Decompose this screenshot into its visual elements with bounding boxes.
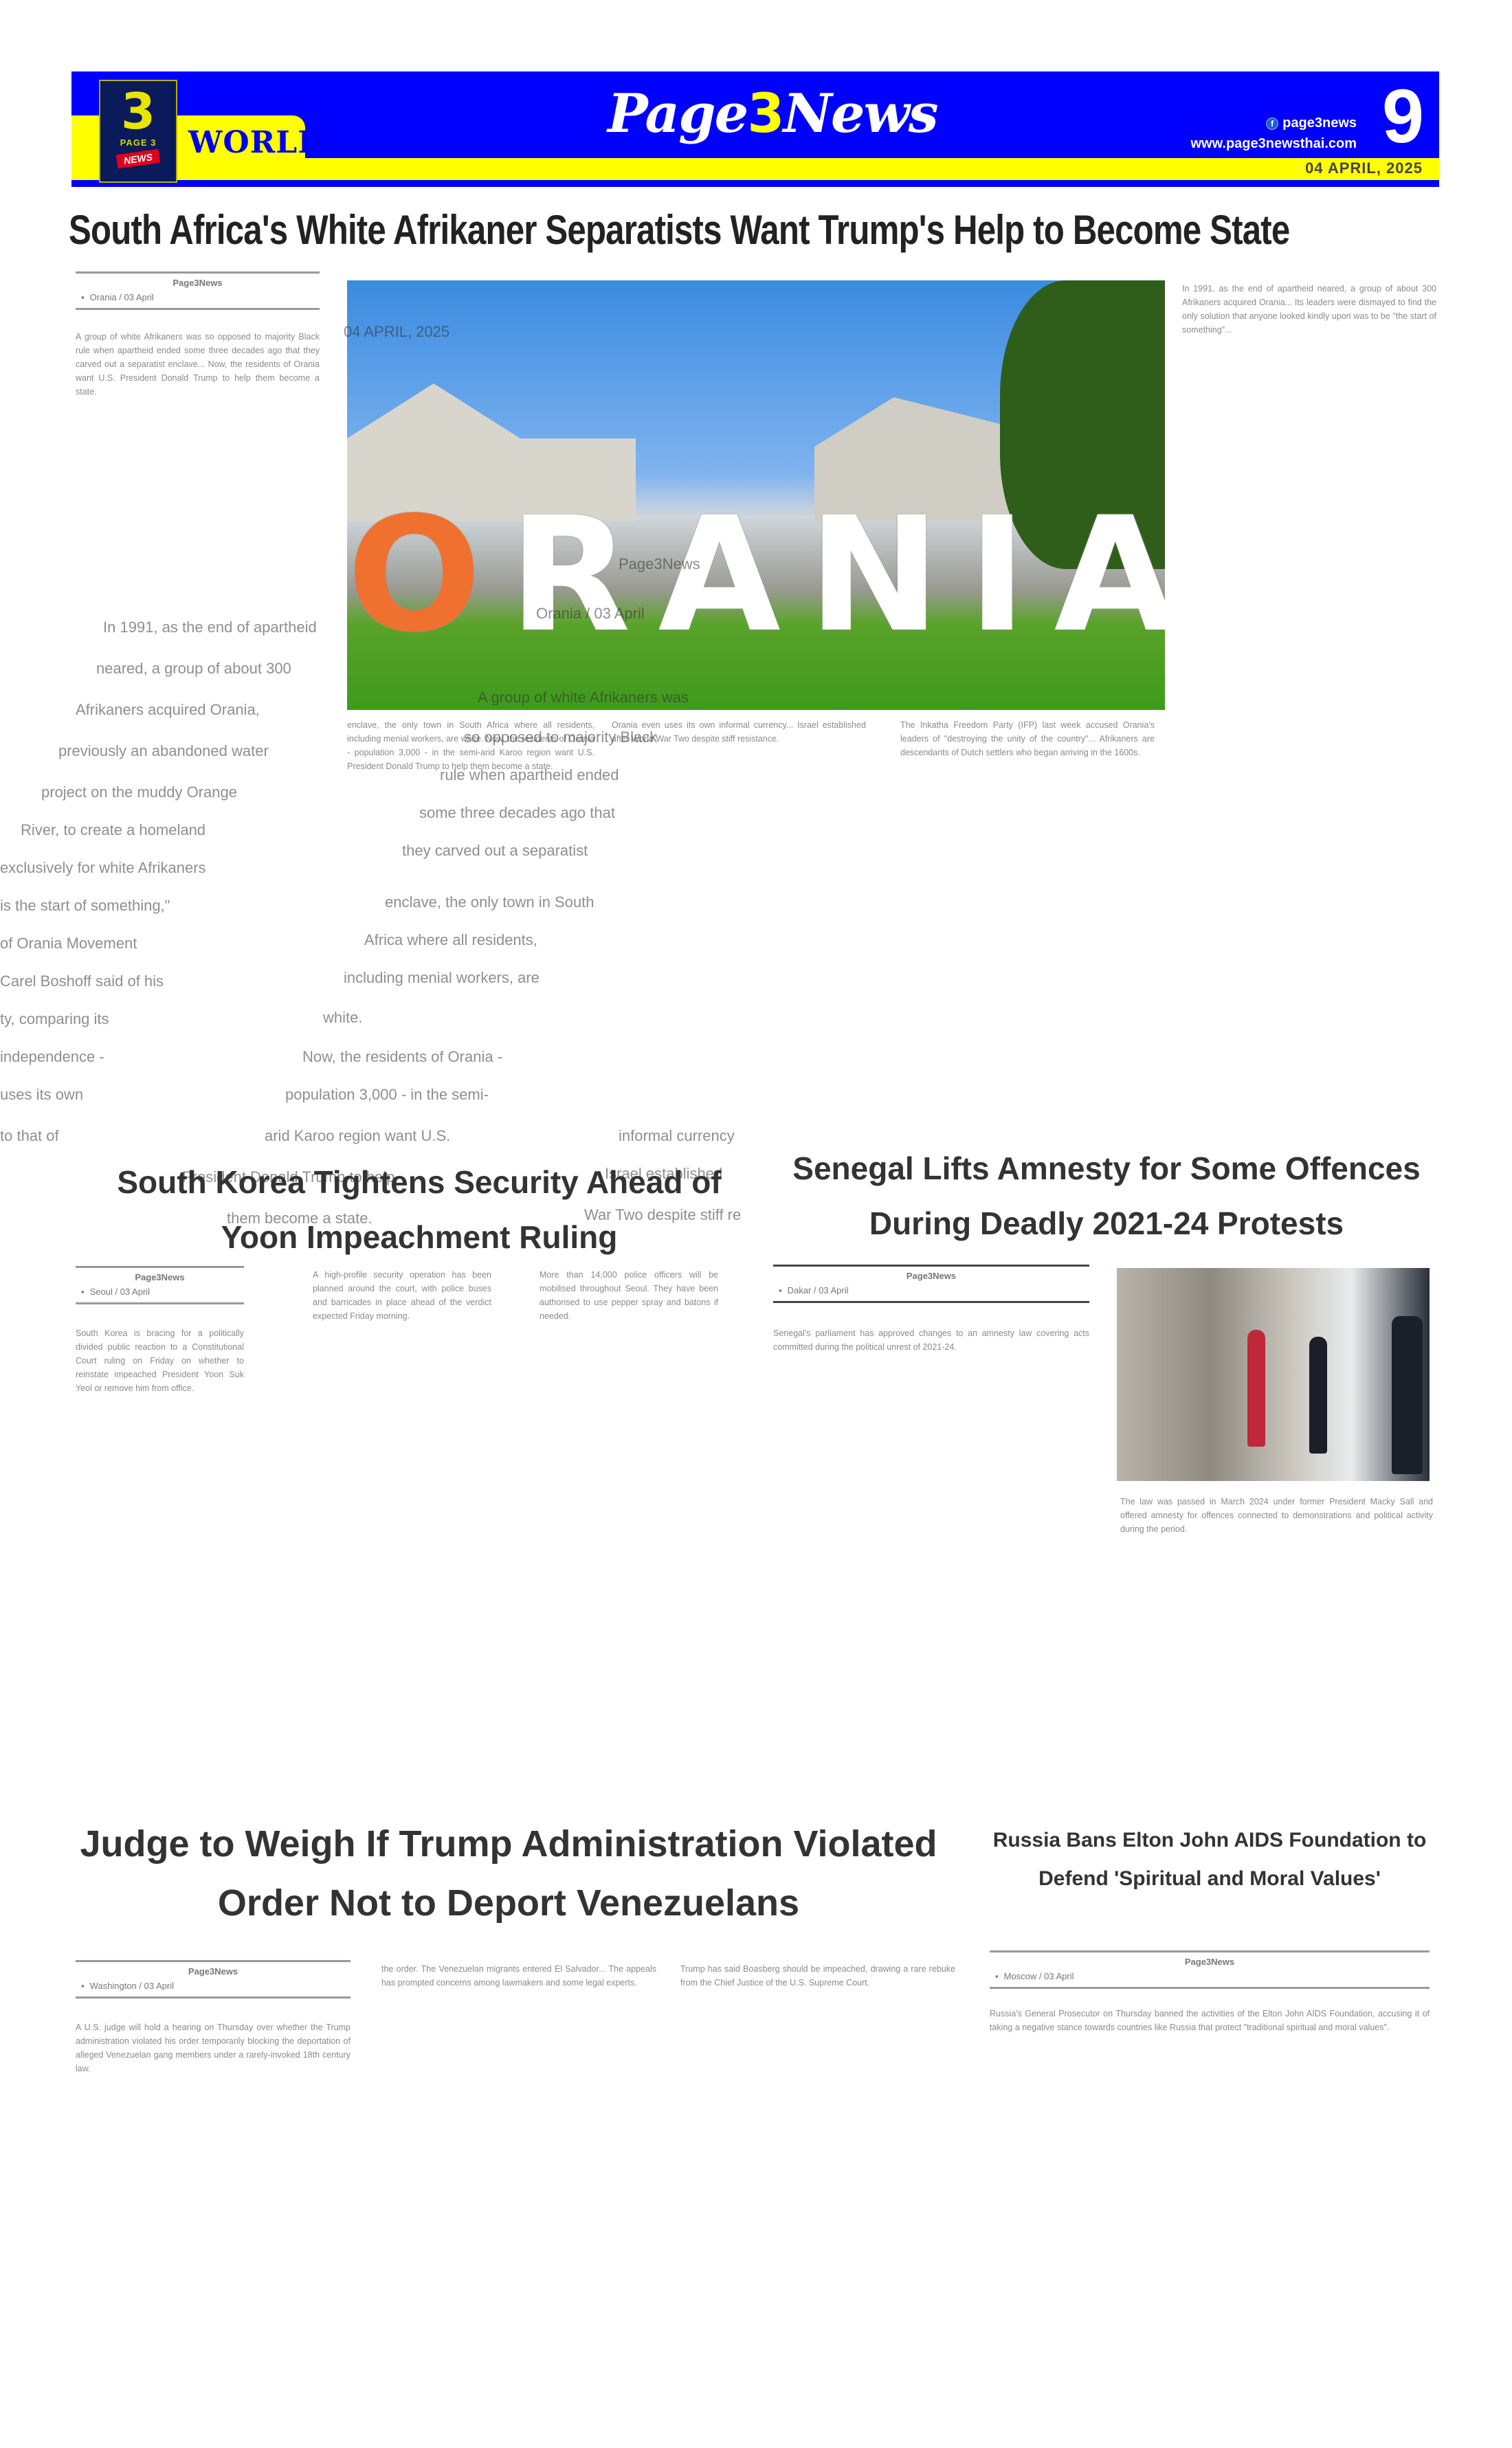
masthead-yellow-bar: [71, 158, 1439, 180]
ghost-line: River, to create a homeland: [21, 821, 205, 839]
facebook-handle: page3news: [1282, 115, 1357, 131]
byline-senegal: Page3News Dakar / 03 April: [773, 1265, 1089, 1303]
ghost-line: Now, the residents of Orania -: [302, 1048, 502, 1066]
ghost-line: independence -: [0, 1048, 104, 1066]
senegal-column-1: Senegal's parliament has approved change…: [773, 1326, 1089, 1780]
ghost-line: uses its own: [0, 1086, 83, 1104]
facebook-link[interactable]: fpage3news: [1190, 113, 1357, 133]
venezuela-column-1: A U.S. judge will hold a hearing on Thur…: [76, 2021, 351, 2405]
page-number: 9: [1382, 76, 1424, 158]
ghost-line: rule when apartheid ended: [440, 766, 619, 784]
ghost-line: is the start of something,": [0, 897, 170, 915]
logo-numeral: 3: [100, 85, 176, 137]
byline-orania: Page3News Orania / 03 April: [76, 271, 320, 310]
ghost-line: Carel Boshoff said of his: [0, 972, 164, 990]
korea-column-1: South Korea is bracing for a politically…: [76, 1326, 244, 1780]
ghost-line: Africa where all residents,: [364, 931, 537, 949]
byline-source: Page3News: [76, 278, 320, 288]
headline-orania[interactable]: South Africa's White Afrikaner Separatis…: [69, 206, 1289, 254]
venezuela-column-3: Trump has said Boasberg should be impeac…: [680, 1962, 955, 2405]
russia-column-1: Russia's General Prosecutor on Thursday …: [990, 2007, 1430, 2405]
headline-russia[interactable]: Russia Bans Elton John AIDS Foundation t…: [990, 1821, 1430, 1898]
ghost-line: arid Karoo region want U.S.: [265, 1127, 450, 1145]
ghost-line: A group of white Afrikaners was: [478, 689, 689, 706]
byline-location: Washington / 03 April: [76, 1981, 351, 1991]
ghost-line: project on the muddy Orange: [41, 783, 237, 801]
headline-venezuela[interactable]: Judge to Weigh If Trump Administration V…: [69, 1814, 948, 1933]
byline-source: Page3News: [76, 1272, 244, 1282]
brand-left: Page: [608, 82, 747, 145]
page3-logo[interactable]: 3 PAGE 3 NEWS: [99, 80, 177, 183]
ghost-line: so opposed to majority Black: [464, 728, 657, 746]
orania-photo[interactable]: ORANIA: [347, 280, 1165, 710]
ghost-location: Orania / 03 April: [536, 605, 645, 623]
masthead-bottom-rule: [71, 180, 1439, 187]
issue-date: 04 APRIL, 2025: [1305, 159, 1423, 177]
ghost-line: previously an abandoned water: [58, 742, 269, 760]
ghost-line: some three decades ago that: [419, 804, 615, 822]
logo-page-text: PAGE 3: [100, 137, 176, 148]
ghost-line: of Orania Movement: [0, 935, 137, 953]
senegal-column-2: The law was passed in March 2024 under f…: [1120, 1495, 1433, 1780]
byline-location: Orania / 03 April: [76, 292, 320, 302]
photo-protester: [1247, 1330, 1265, 1447]
ghost-line: neared, a group of about 300: [96, 660, 291, 678]
byline-source: Page3News: [990, 1957, 1430, 1967]
ghost-line: enclave, the only town in South: [385, 893, 594, 911]
ghost-line: including menial workers, are: [344, 969, 540, 987]
ghost-line: population 3,000 - in the semi-: [285, 1086, 489, 1104]
headline-senegal[interactable]: Senegal Lifts Amnesty for Some Offences …: [773, 1141, 1440, 1251]
byline-location: Dakar / 03 April: [773, 1285, 1089, 1295]
byline-source: Page3News: [773, 1271, 1089, 1281]
byline-location: Moscow / 03 April: [990, 1971, 1430, 1981]
brand-right: News: [783, 82, 937, 145]
ghost-line: Afrikaners acquired Orania,: [76, 701, 260, 719]
orania-column-4: The Inkatha Freedom Party (IFP) last wee…: [900, 718, 1155, 1131]
logo-news-badge: NEWS: [116, 149, 160, 168]
ghost-line: exclusively for white Afrikaners: [0, 859, 206, 877]
orania-column-5: In 1991, as the end of apartheid neared,…: [1182, 282, 1436, 1134]
brand-wordmark[interactable]: Page3News: [608, 82, 937, 145]
ghost-line: to that of: [0, 1127, 59, 1145]
orania-column-3: Orania even uses its own informal curren…: [612, 718, 866, 1131]
section-title: WORLD: [188, 125, 324, 160]
korea-column-2: A high-profile security operation has be…: [313, 1268, 491, 1780]
ghost-date: 04 APRIL, 2025: [344, 323, 449, 341]
byline-location: Seoul / 03 April: [76, 1287, 244, 1297]
byline-source: Page3News: [76, 1966, 351, 1977]
headline-korea[interactable]: South Korea Tightens Security Ahead of Y…: [82, 1155, 756, 1265]
ghost-line: informal currency: [619, 1127, 735, 1145]
photo-officer: [1309, 1337, 1327, 1454]
byline-korea: Page3News Seoul / 03 April: [76, 1266, 244, 1304]
photo-officer: [1392, 1316, 1423, 1474]
facebook-icon: f: [1266, 118, 1278, 130]
ghost-line: they carved out a separatist: [402, 842, 588, 860]
ghost-source: Page3News: [619, 555, 700, 573]
brand-three: 3: [747, 83, 783, 145]
ghost-line: white.: [323, 1009, 362, 1027]
website-link[interactable]: www.page3newsthai.com: [1190, 133, 1357, 154]
masthead: 3 PAGE 3 NEWS WORLD Page3News fpage3news…: [71, 71, 1439, 187]
senegal-protest-photo[interactable]: [1117, 1268, 1430, 1481]
byline-russia: Page3News Moscow / 03 April: [990, 1950, 1430, 1989]
ghost-line: ty, comparing its: [0, 1010, 109, 1028]
korea-column-3: More than 14,000 police officers will be…: [540, 1268, 718, 1780]
social-links: fpage3news www.page3newsthai.com: [1190, 113, 1357, 154]
orania-sign: ORANIA: [347, 493, 1165, 658]
ghost-line: In 1991, as the end of apartheid: [103, 619, 317, 636]
venezuela-column-2: the order. The Venezuelan migrants enter…: [381, 1962, 656, 2405]
byline-venezuela: Page3News Washington / 03 April: [76, 1960, 351, 1999]
